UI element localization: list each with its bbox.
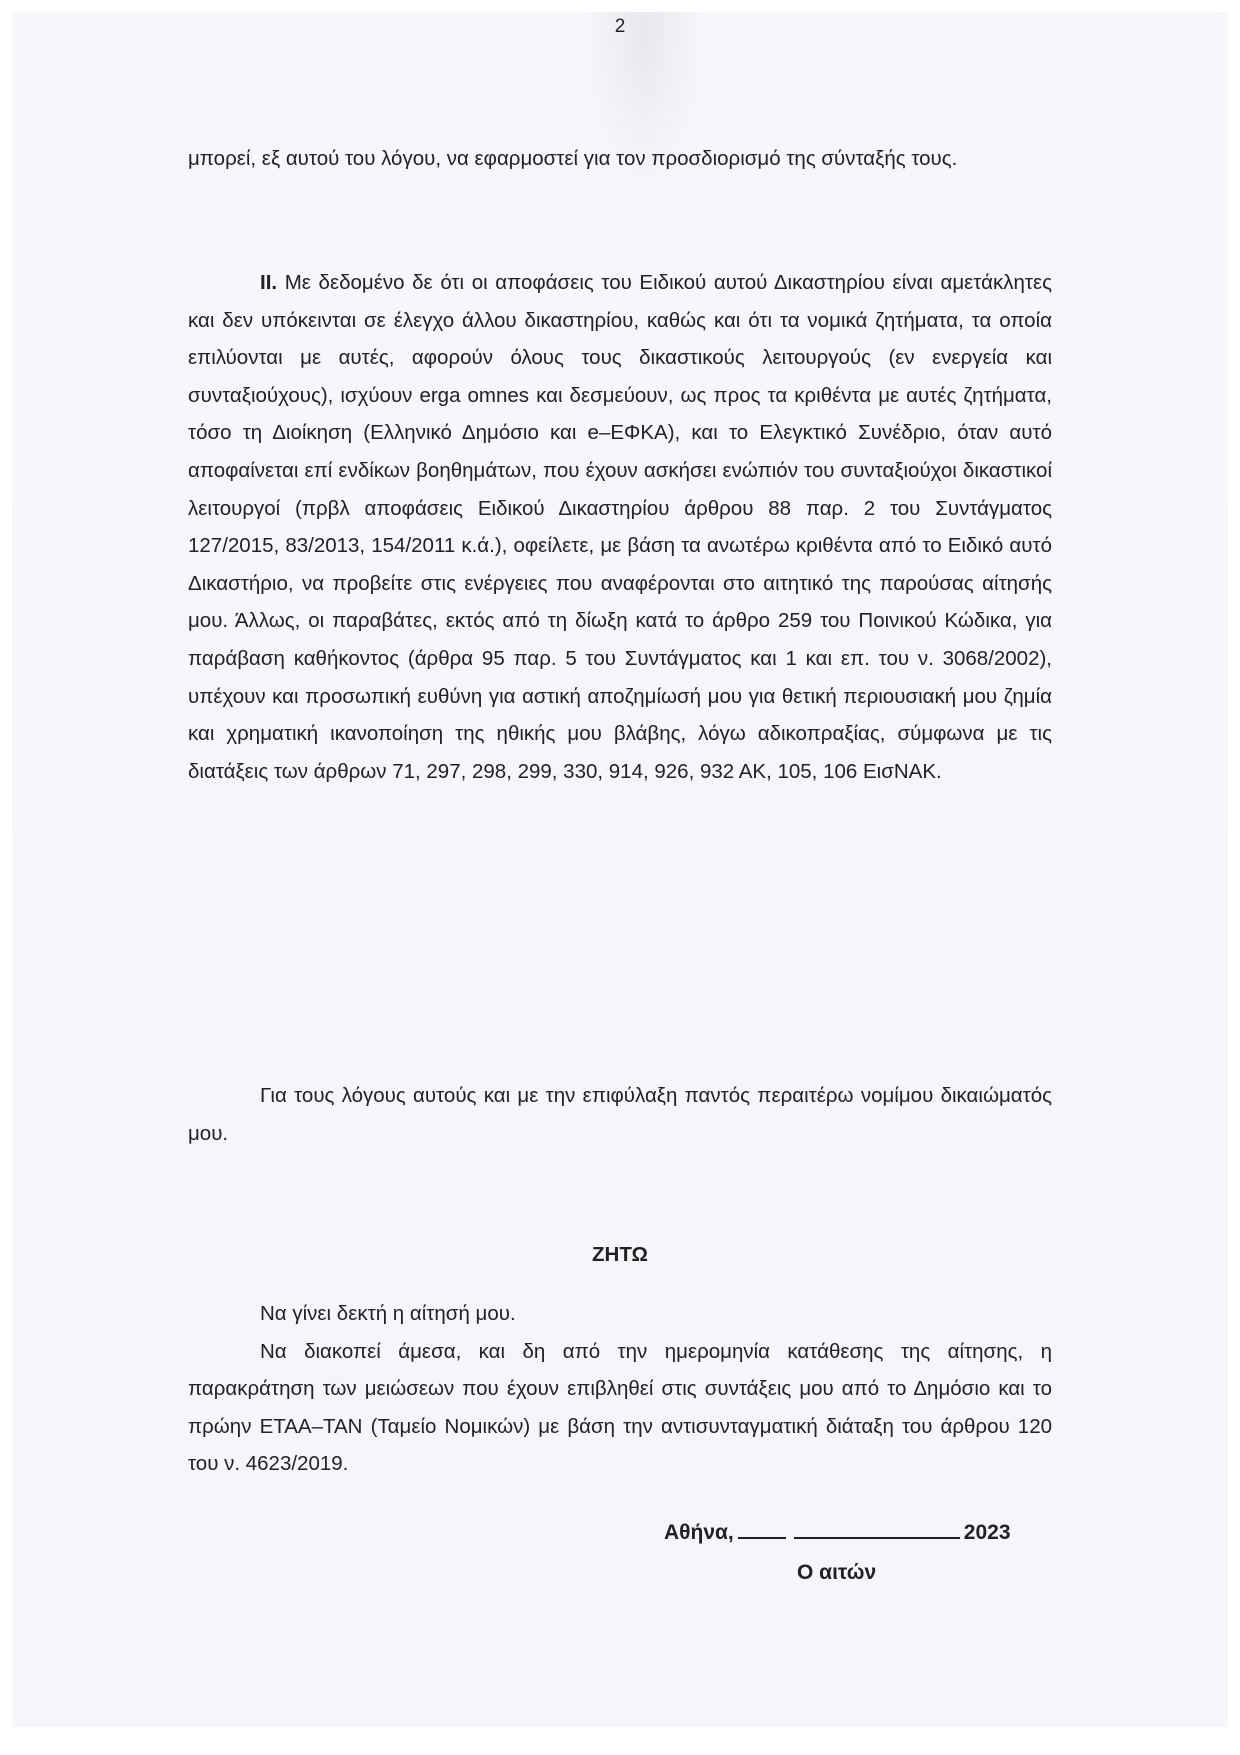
section-ii-body: II. Με δεδομένο δε ότι οι αποφάσεις του … bbox=[188, 264, 1052, 790]
signature-date-line: Αθήνα,2023 bbox=[664, 1515, 1011, 1551]
signature-year: 2023 bbox=[964, 1521, 1011, 1544]
request-heading: ΖΗΤΩ bbox=[0, 1236, 1240, 1274]
signature-place: Αθήνα, bbox=[664, 1521, 734, 1544]
continuation-text: μπορεί, εξ αυτού του λόγου, να εφαρμοστε… bbox=[188, 140, 1052, 178]
request-item: Να διακοπεί άμεσα, και δη από την ημερομ… bbox=[188, 1333, 1052, 1483]
request-item: Να γίνει δεκτή η αίτησή μου. bbox=[188, 1295, 1052, 1333]
section-ii-label: II. bbox=[260, 271, 277, 294]
request-list: Να γίνει δεκτή η αίτησή μου. Να διακοπεί… bbox=[188, 1295, 1052, 1483]
continuation-paragraph: μπορεί, εξ αυτού του λόγου, να εφαρμοστε… bbox=[188, 140, 1052, 178]
page-number: 2 bbox=[0, 9, 1240, 45]
closing-text: Για τους λόγους αυτούς και με την επιφύλ… bbox=[188, 1077, 1052, 1152]
month-blank-field bbox=[794, 1517, 960, 1539]
closing-paragraph: Για τους λόγους αυτούς και με την επιφύλ… bbox=[188, 1077, 1052, 1152]
section-ii-text: Με δεδομένο δε ότι οι αποφάσεις του Ειδι… bbox=[188, 271, 1052, 783]
signer-label: Ο αιτών bbox=[797, 1555, 876, 1591]
day-blank-field bbox=[738, 1517, 786, 1539]
section-ii-paragraph: II. Με δεδομένο δε ότι οι αποφάσεις του … bbox=[188, 264, 1052, 790]
